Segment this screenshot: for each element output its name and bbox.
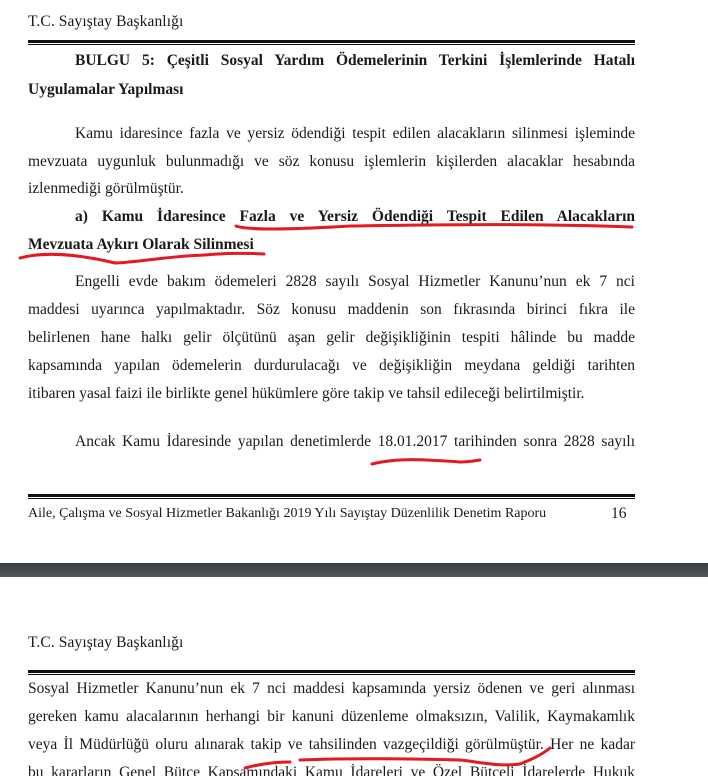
paragraph2-line1: Engelli evde bakım ödemeleri 2828 sayılı… <box>75 273 635 291</box>
paragraph-line2: gereken kamu alacalarının herhangi bir k… <box>28 708 635 726</box>
paragraph3-line1: Ancak Kamu İdaresinde yapılan denetimler… <box>75 433 635 451</box>
subheading-line2: Mevzuata Aykırı Olarak Silinmesi <box>28 236 635 254</box>
paragraph-line4: bu kararların Genel Bütçe Kapsamındaki K… <box>28 764 635 776</box>
paragraph2-line5: itibaren yasal faizi ile birlikte genel … <box>28 385 635 403</box>
document-page-17: T.C. Sayıştay Başkanlığı Sosyal Hizmetle… <box>0 577 708 776</box>
page-footer-title: Aile, Çalışma ve Sosyal Hizmetler Bakanl… <box>28 506 546 522</box>
paragraph1-line3: izlenmediği görülmüştür. <box>28 180 635 198</box>
paragraph2-line3: belirlenen hane halkı gelir ölçütünü aşa… <box>28 329 635 347</box>
paragraph-line3: veya İl Müdürlüğü oluru alınarak takip v… <box>28 736 635 754</box>
document-page-16: T.C. Sayıştay Başkanlığı BULGU 5: Çeşitl… <box>0 0 708 563</box>
header-rule <box>28 40 635 45</box>
finding-heading-line2: Uygulamalar Yapılması <box>28 81 635 99</box>
paragraph-line1: Sosyal Hizmetler Kanunu’nun ek 7 nci mad… <box>28 680 635 698</box>
page-separator <box>0 563 708 577</box>
page-number: 16 <box>611 505 627 523</box>
footer-rule <box>28 494 635 499</box>
subheading-line1: a) Kamu İdaresince Fazla ve Yersiz Ödend… <box>75 208 635 226</box>
header-rule <box>28 670 635 675</box>
paragraph2-line4: kapsamında yapılan ödemelerin durdurulac… <box>28 357 635 375</box>
page-header: T.C. Sayıştay Başkanlığı <box>28 634 183 652</box>
paragraph1-line1: Kamu idaresince fazla ve yersiz ödendiği… <box>75 125 635 143</box>
paragraph1-line2: mevzuata uygunluk bulunmadığı ve söz kon… <box>28 153 635 171</box>
page-header: T.C. Sayıştay Başkanlığı <box>28 13 183 31</box>
finding-heading-line1: BULGU 5: Çeşitli Sosyal Yardım Ödemeleri… <box>75 52 635 70</box>
paragraph2-line2: maddesi uyarınca yapılmaktadır. Söz konu… <box>28 301 635 319</box>
